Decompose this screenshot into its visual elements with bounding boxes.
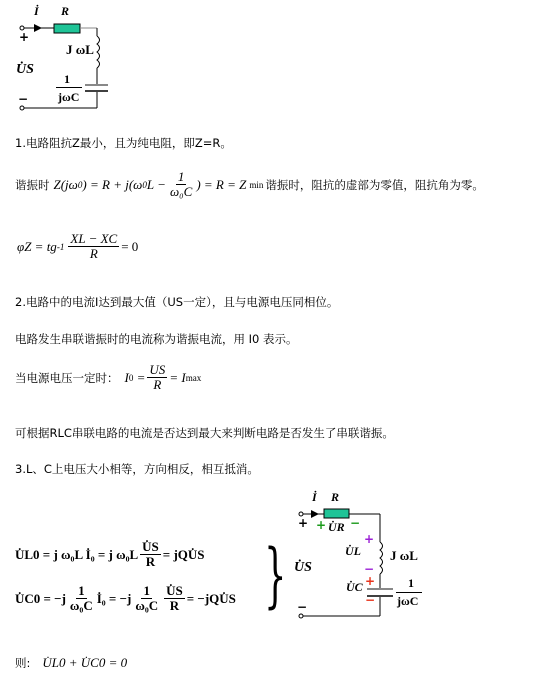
resistor-label: R bbox=[61, 4, 69, 19]
eq1-num: U̇S bbox=[140, 540, 161, 555]
formula-rhs: ) = R = Z bbox=[196, 177, 246, 193]
source-minus: − bbox=[297, 600, 307, 614]
cap-den: jωC bbox=[58, 90, 79, 105]
section3-heading: 3.L、C上电压大小相等，方向相反，相互抵消。 bbox=[15, 461, 259, 477]
ul-label: U̇L bbox=[345, 544, 361, 559]
minus-sign: − bbox=[18, 92, 28, 106]
current-label: İ bbox=[312, 490, 317, 505]
eq1-rhs: = jQU̇S bbox=[163, 547, 205, 563]
ul-plus: + bbox=[364, 532, 374, 546]
inductor-label: J ωL bbox=[390, 548, 418, 564]
source-label: U̇S bbox=[16, 62, 34, 78]
section2-line2: 电路发生串联谐振时的电流称为谐振电流，用 I0 表示。 bbox=[15, 331, 298, 347]
formula-suffix: 谐振时，阻抗的虚部为零值，阻抗角为零。 bbox=[265, 177, 484, 193]
eq2-rhs: = −jQU̇S bbox=[187, 591, 236, 607]
right-brace: } bbox=[264, 540, 286, 610]
circuit-diagram-2: İ R + + U̇R − + U̇L J ωL − + U̇C − 1 jωC… bbox=[290, 488, 440, 623]
section1-heading: 1.电路阻抗Z最小，且为纯电阻，即Z=R。 bbox=[15, 135, 232, 151]
resonance-formula: 谐振时 Z(jω0) = R + j(ω0L − 1ω₀C ) = R = Z … bbox=[15, 170, 484, 200]
formula-mid: = R + j(ω bbox=[90, 177, 142, 193]
eq2-c-den: R bbox=[168, 599, 181, 613]
ul0-equation: U̇L0 = j ω₀L İ₀ = j ω₀L U̇SR = jQU̇S bbox=[15, 540, 205, 570]
phase-angle-formula: φZ = tg-1 XL − XCR = 0 bbox=[17, 232, 138, 262]
eq2-b-den: ω₀C bbox=[133, 599, 160, 613]
resistor-label: R bbox=[331, 490, 339, 505]
eq2-b: İ₀ = −j bbox=[97, 591, 132, 607]
section2-heading: 2.电路中的电流I达到最大值（US一定），且与电源电压同相位。 bbox=[15, 294, 338, 310]
conclusion: 则: U̇L0 + U̇C0 = 0 bbox=[15, 655, 127, 671]
eq1: U̇L0 = j ω₀L İ₀ = j ω₀L bbox=[15, 547, 138, 563]
eq1-den: R bbox=[144, 555, 157, 569]
eq2-num: 1 bbox=[76, 584, 87, 599]
formula-num: 1 bbox=[176, 170, 187, 185]
circuit-diagram-1: İ R + J ωL U̇S 1 jωC − bbox=[0, 0, 140, 115]
uc-minus: − bbox=[365, 593, 375, 607]
formula-min: min bbox=[249, 180, 263, 190]
plus-sign: + bbox=[19, 30, 29, 44]
cap-den: jωC bbox=[397, 594, 418, 609]
phi-rhs: = 0 bbox=[121, 239, 138, 255]
conclusion-prefix: 则: bbox=[15, 655, 30, 671]
source-plus: + bbox=[298, 516, 308, 530]
cap-num: 1 bbox=[408, 576, 414, 591]
eq2-b-num: 1 bbox=[141, 584, 152, 599]
max-sub: max bbox=[186, 373, 202, 383]
ur-plus: + bbox=[316, 518, 326, 532]
uc-plus: + bbox=[365, 574, 375, 588]
formula-prefix: 当电源电压一定时： bbox=[15, 370, 119, 386]
us-num: US bbox=[147, 363, 167, 378]
current-label: İ bbox=[34, 4, 39, 19]
formula-prefix: 谐振时 bbox=[15, 177, 50, 193]
max-current-formula: 当电源电压一定时： I0 = USR = Imax bbox=[15, 363, 201, 393]
eq2-a: U̇C0 = −j bbox=[15, 591, 66, 607]
formula-lhs: Z(jω bbox=[54, 177, 78, 193]
section2-line4: 可根据RLC串联电路的电流是否达到最大来判断电路是否发生了串联谐振。 bbox=[15, 425, 394, 441]
conclusion-formula: U̇L0 + U̇C0 = 0 bbox=[42, 655, 127, 671]
phi-lhs: φZ = tg bbox=[17, 239, 57, 255]
cap-num: 1 bbox=[64, 72, 70, 87]
ur-label: U̇R bbox=[328, 520, 345, 535]
inductor-label: J ωL bbox=[66, 42, 94, 58]
formula-den: ω₀C bbox=[168, 185, 194, 199]
uc0-equation: U̇C0 = −j 1ω₀C İ₀ = −j 1ω₀C U̇SR = −jQU̇… bbox=[15, 584, 236, 614]
uc-label: U̇C bbox=[346, 580, 363, 595]
eq2-c-num: U̇S bbox=[164, 584, 185, 599]
eq2-den: ω₀C bbox=[68, 599, 95, 613]
phi-den: R bbox=[88, 247, 100, 261]
phi-num: XL − XC bbox=[68, 232, 119, 247]
ur-minus: − bbox=[350, 516, 360, 530]
r-den: R bbox=[151, 378, 163, 392]
